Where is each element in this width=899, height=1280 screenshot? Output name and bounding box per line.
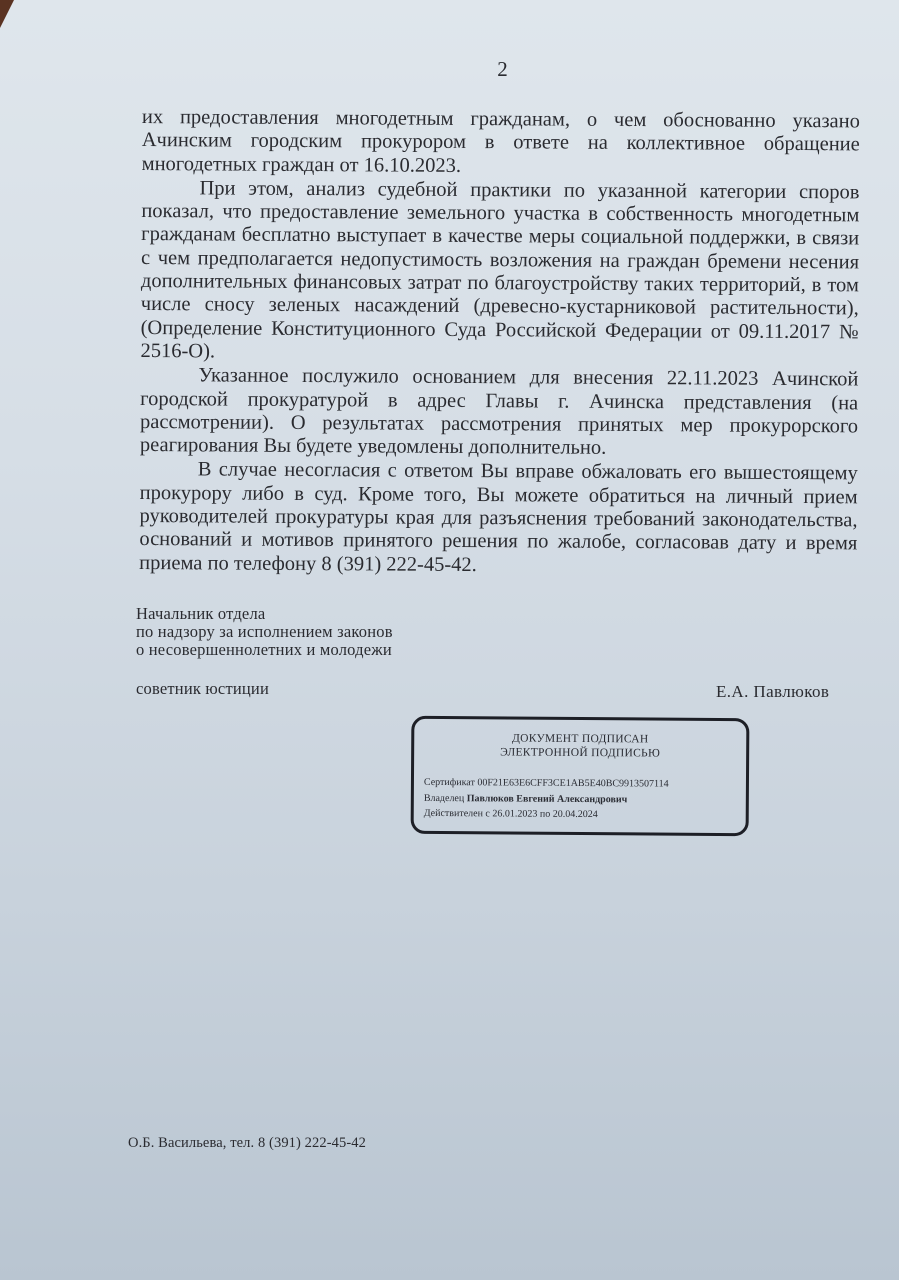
validity-from-prefix: с — [485, 808, 490, 819]
stamp-title: ДОКУМЕНТ ПОДПИСАН ЭЛЕКТРОННОЙ ПОДПИСЬЮ — [414, 731, 746, 761]
electronic-signature-stamp: ДОКУМЕНТ ПОДПИСАН ЭЛЕКТРОННОЙ ПОДПИСЬЮ С… — [411, 716, 750, 836]
stamp-owner-row: Владелец Павлюков Евгений Александрович — [424, 790, 669, 807]
stamp-title-line: ЭЛЕКТРОННОЙ ПОДПИСЬЮ — [414, 745, 746, 761]
certificate-label: Сертификат — [424, 777, 475, 788]
validity-label: Действителен — [424, 808, 483, 819]
validity-to-prefix: по — [540, 809, 550, 820]
stamp-details: Сертификат 00F21E63E6CFF3CE1AB5E40BC9913… — [424, 775, 669, 823]
position-line: Начальник отдела — [136, 605, 393, 623]
document-page: 2 их предоставления многодетным граждана… — [0, 0, 899, 1280]
page-number: 2 — [0, 57, 899, 82]
certificate-value: 00F21E63E6CFF3CE1AB5E40BC9913507114 — [477, 777, 668, 789]
paragraph-prosecutor-submission: Указанное послужило основанием для внесе… — [140, 364, 859, 462]
signatory-rank: советник юстиции — [136, 679, 269, 699]
paragraph-court-practice: При этом, анализ судебной практики по ук… — [140, 177, 859, 368]
validity-to-date: 20.04.2024 — [553, 809, 598, 820]
signatory-position: Начальник отдела по надзору за исполнени… — [136, 605, 393, 659]
position-line: по надзору за исполнением законов — [136, 623, 393, 641]
executor-contact: О.Б. Васильева, тел. 8 (391) 222-45-42 — [128, 1135, 366, 1152]
owner-value: Павлюков Евгений Александрович — [467, 793, 628, 805]
letter-body: их предоставления многодетным гражданам,… — [139, 106, 860, 579]
signatory-name: Е.А. Павлюков — [716, 682, 829, 702]
position-line: о несовершеннолетних и молодежи — [136, 641, 393, 659]
validity-from-date: 26.01.2023 — [492, 808, 537, 819]
paragraph-appeal-rights: В случае несогласия с ответом Вы вправе … — [139, 458, 858, 579]
paragraph-continuation: их предоставления многодетным гражданам,… — [142, 106, 860, 180]
stamp-certificate-row: Сертификат 00F21E63E6CFF3CE1AB5E40BC9913… — [424, 775, 669, 792]
stamp-validity-row: Действителен с 26.01.2023 по 20.04.2024 — [424, 806, 669, 823]
owner-label: Владелец — [424, 792, 464, 803]
